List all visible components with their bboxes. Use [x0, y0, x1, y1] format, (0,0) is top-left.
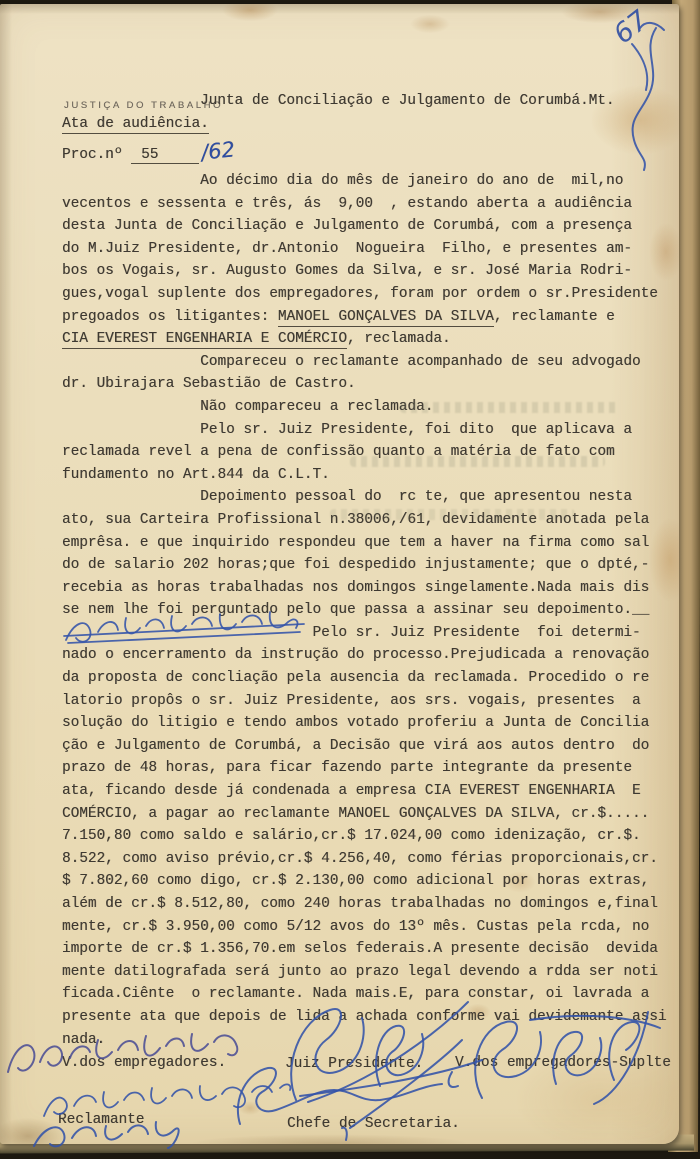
- body-line: ficada.Ciênte o reclamante. Nada mais.E,…: [62, 983, 694, 1006]
- ink-bleed-through: [400, 402, 620, 413]
- body-line: Pelo sr. Juiz Presidente foi determi-: [62, 622, 694, 645]
- body-line: Depoimento pessoal do rc te, que apresen…: [62, 486, 694, 509]
- doc-subtitle: Ata de audiência.: [62, 116, 209, 134]
- doc-title: Junta de Conciliação e Julgamento de Cor…: [200, 93, 615, 109]
- body-line: $ 7.802,60 como digo, cr.$ 2.130,00 como…: [62, 870, 694, 893]
- signature-label-vogal-suplente: V.dos empregadores-Suplte: [455, 1055, 671, 1071]
- body-line: mente datilografada será junto ao prazo …: [62, 961, 694, 984]
- body-line: dr. Ubirajara Sebastião de Castro.: [62, 373, 694, 396]
- body-line: fundamento no Art.844 da C.L.T.: [62, 464, 694, 487]
- signature-label-vogal-empregadores: V.dos empregadores.: [62, 1055, 226, 1071]
- ink-bleed-through: [350, 456, 605, 467]
- proc-label: Proc.nº: [62, 147, 131, 163]
- proc-number-line: Proc.nº 55/62: [62, 139, 235, 164]
- body-line: 7.150,80 como saldo e salário,cr.$ 17.02…: [62, 825, 694, 848]
- body-line: Compareceu o reclamante acompanhado de s…: [62, 351, 694, 374]
- proc-number: 55: [131, 147, 199, 164]
- body-line: bos os Vogais, sr. Augusto Gomes da Silv…: [62, 260, 694, 283]
- body-line: presente ata que depois de lida a achada…: [62, 1006, 694, 1029]
- signature-label-juiz-presidente: Juiz Presidente.: [285, 1056, 423, 1072]
- body-line: recebia as horas trabalhadas nos domingo…: [62, 577, 694, 600]
- body-line: ção e Julgamento de Corumbá, a Decisão q…: [62, 735, 694, 758]
- page-number-handwritten: 67: [608, 5, 654, 51]
- body-line: gues,vogal suplente dos empregadores, fo…: [62, 283, 694, 306]
- body-line: prazo de 48 horas, para ficar fazendo pa…: [62, 757, 694, 780]
- ink-bleed-through: [330, 509, 575, 520]
- scanned-document: JUSTIÇA DO TRABALHO Junta de Conciliação…: [0, 0, 700, 1159]
- body-line: mente, cr.$ 3.950,00 como 5/12 avos do 1…: [62, 916, 694, 939]
- body-line: solução do litigio e tendo ambos votado …: [62, 712, 694, 735]
- body-line: 8.522, como aviso prévio,cr.$ 4.256,40, …: [62, 848, 694, 871]
- body-line: ata, ficando desde já condenada a empres…: [62, 780, 694, 803]
- body-line: pregoados os litigantes: MANOEL GONÇALVE…: [62, 306, 694, 329]
- body-line: além de cr.$ 8.512,80, como 240 horas tr…: [62, 893, 694, 916]
- body-line: latorio propôs o sr. Juiz Presidente, ao…: [62, 690, 694, 713]
- body-line: se nem lhe foi perguntado pelo que passa…: [62, 599, 694, 622]
- body-line: Ao décimo dia do mês de janeiro do ano d…: [62, 170, 694, 193]
- body-line: COMÉRCIO, a pagar ao reclamante MANOEL G…: [62, 803, 694, 826]
- proc-year-handwritten: /62: [200, 137, 236, 164]
- signature-label-chefe-secretaria: Chefe de Secretaria.: [287, 1116, 460, 1132]
- body-line: da proposta de concliação pela ausencia …: [62, 667, 694, 690]
- body-line: importe de cr.$ 1.356,70.em selos federa…: [62, 938, 694, 961]
- body-line: do de salario 202 horas;que foi despedid…: [62, 554, 694, 577]
- body-line: nada.: [62, 1029, 694, 1052]
- body-line: vecentos e sessenta e três, ás 9,00 , es…: [62, 193, 694, 216]
- body-line: CIA EVEREST ENGENHARIA E COMÉRCIO, recla…: [62, 328, 694, 351]
- document-page: JUSTIÇA DO TRABALHO Junta de Conciliação…: [0, 4, 679, 1144]
- body-line: do M.Juiz Presidente, dr.Antonio Nogueir…: [62, 238, 694, 261]
- signature-label-reclamante: Reclamante: [58, 1112, 144, 1128]
- typewritten-body: Ao décimo dia do mês de janeiro do ano d…: [62, 170, 694, 1051]
- body-line: Pelo sr. Juiz Presidente, foi dito que a…: [62, 419, 694, 442]
- body-line: emprêsa. e que inquirido respondeu que t…: [62, 532, 694, 555]
- body-line: nado o encerramento da instrução do proc…: [62, 644, 694, 667]
- body-line: desta Junta de Conciliação e Julgamento …: [62, 215, 694, 238]
